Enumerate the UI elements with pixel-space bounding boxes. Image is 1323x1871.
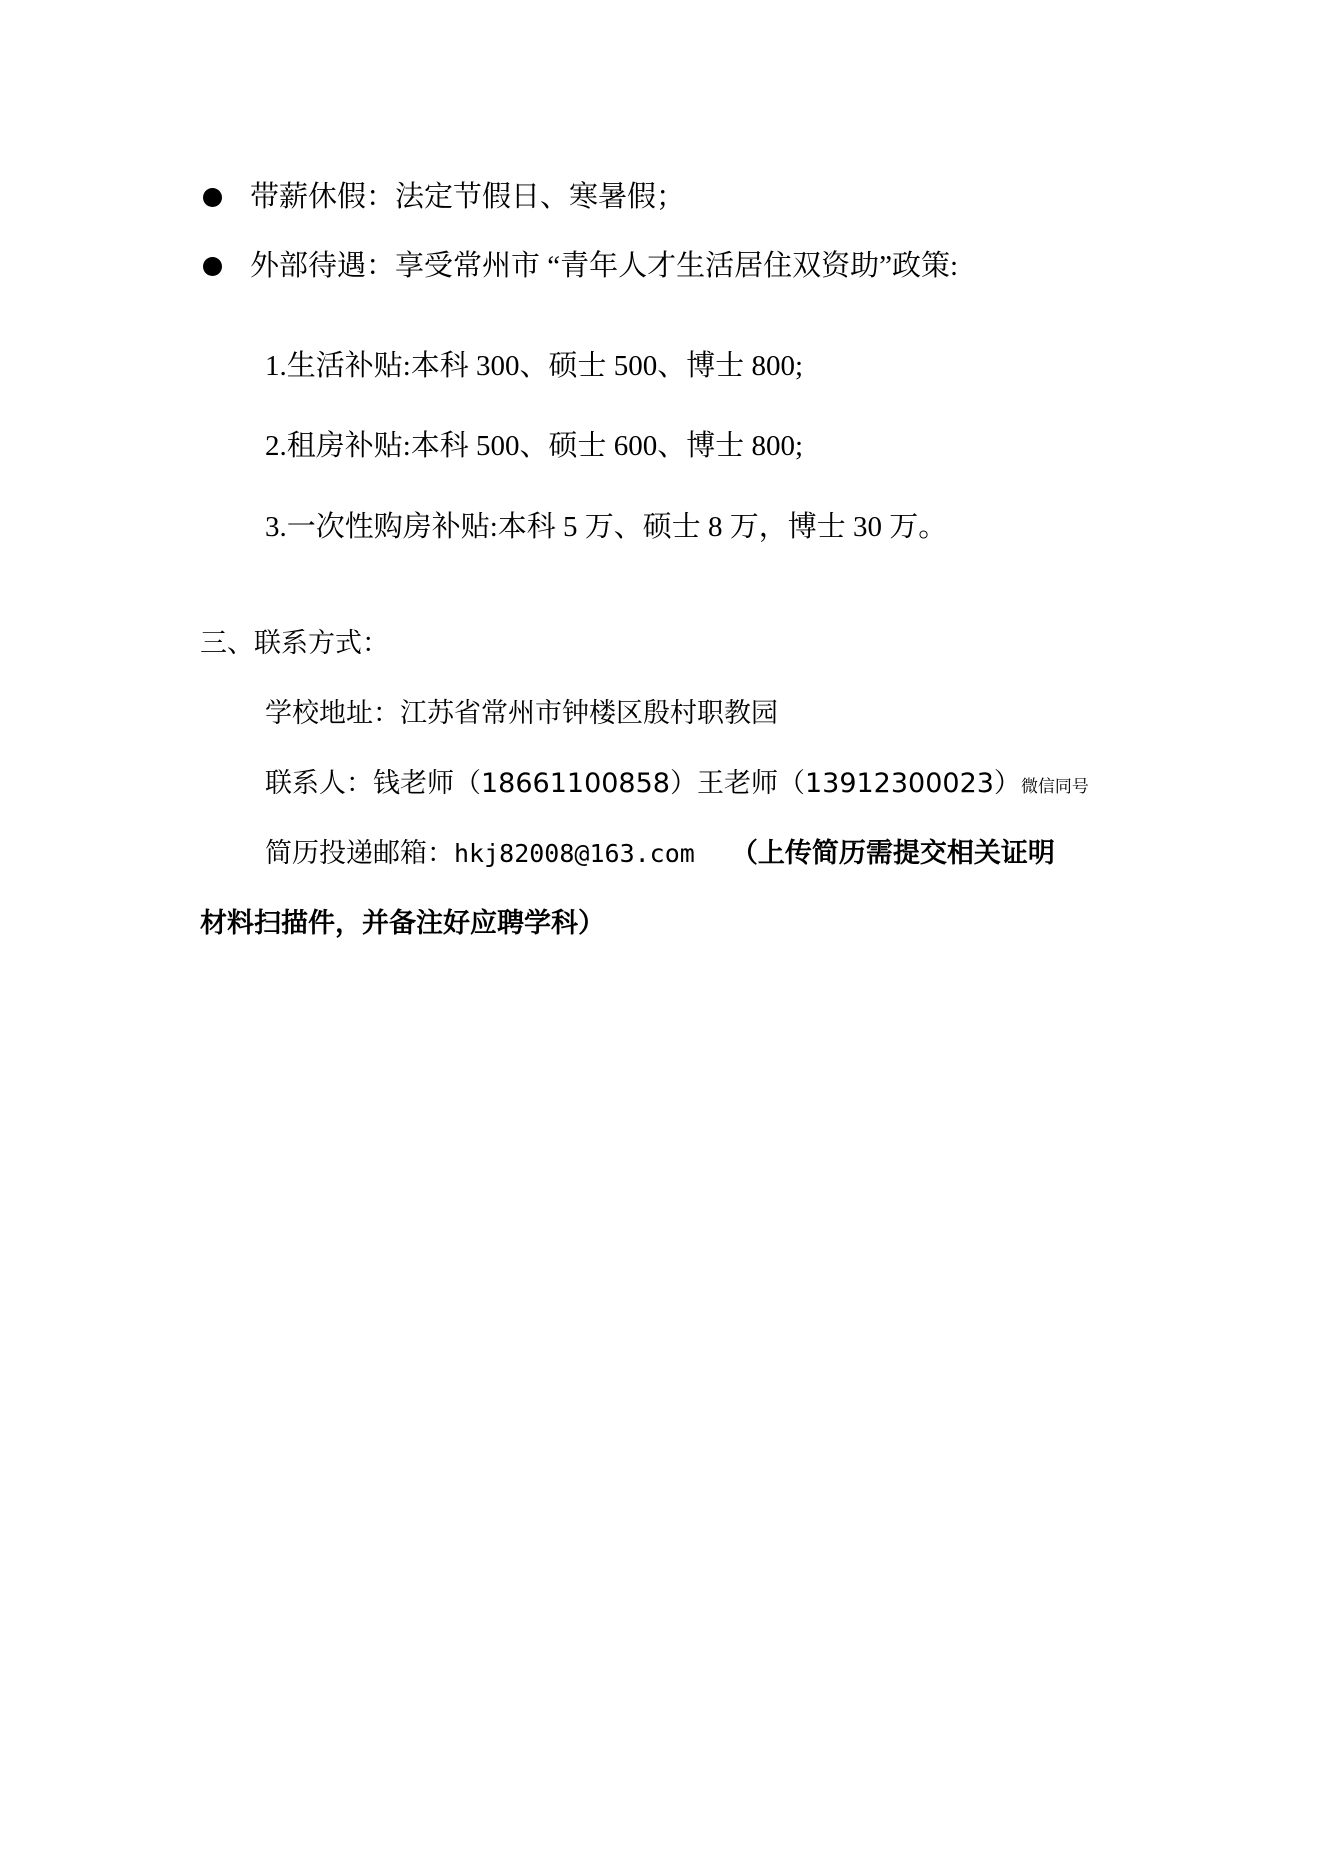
contact-persons: 联系人：钱老师（18661100858）王老师（13912300023）微信同号	[265, 770, 1089, 797]
subsidy-housing-purchase: 3.一次性购房补贴:本科 5 万、硕士 8 万，博士 30 万。	[265, 513, 947, 542]
bullet-icon	[203, 257, 222, 276]
benefit-text: 享受常州市 “青年人才生活居住双资助”政策:	[395, 250, 958, 282]
email-label: 简历投递邮箱：	[265, 838, 454, 869]
address-label: 学校地址：	[265, 698, 400, 729]
benefit-label: 外部待遇：	[250, 250, 395, 282]
benefit-item-paid-leave: 带薪休假：法定节假日、寒暑假；	[250, 183, 685, 212]
subsidy-living: 1.生活补贴:本科 300、硕士 500、博士 800;	[265, 352, 803, 381]
resume-email-line: 简历投递邮箱：hkj82008@163.com（上传简历需提交相关证明	[265, 840, 1055, 867]
contact-person-2: 王老师（13912300023）	[697, 768, 1021, 799]
wechat-note: 微信同号	[1021, 777, 1089, 797]
upload-note-part1: （上传简历需提交相关证明	[731, 838, 1055, 869]
benefit-text: 法定节假日、寒暑假；	[395, 181, 685, 213]
benefit-label: 带薪休假：	[250, 181, 395, 213]
contacts-label: 联系人：	[265, 768, 373, 799]
contact-person-1: 钱老师（18661100858）	[373, 768, 697, 799]
document-page: 带薪休假：法定节假日、寒暑假； 外部待遇：享受常州市 “青年人才生活居住双资助”…	[0, 0, 1323, 1871]
subsidy-rent: 2.租房补贴:本科 500、硕士 600、博士 800;	[265, 432, 803, 461]
upload-note-part2: 材料扫描件，并备注好应聘学科）	[200, 910, 605, 937]
bullet-icon	[203, 188, 222, 207]
address-value: 江苏省常州市钟楼区殷村职教园	[400, 698, 778, 729]
benefit-item-external: 外部待遇：享受常州市 “青年人才生活居住双资助”政策:	[250, 252, 958, 281]
email-address[interactable]: hkj82008@163.com	[454, 839, 695, 868]
contact-heading: 三、联系方式：	[200, 630, 389, 657]
school-address: 学校地址：江苏省常州市钟楼区殷村职教园	[265, 700, 778, 727]
